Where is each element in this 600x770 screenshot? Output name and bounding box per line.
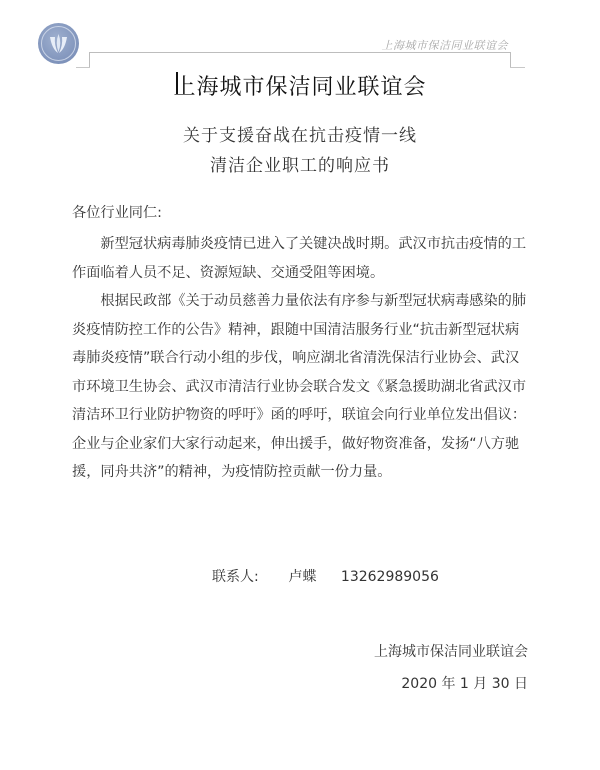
- contact-line: 联系人: 卢蝶 13262989056: [212, 566, 439, 586]
- contact-name: 卢蝶: [288, 566, 336, 586]
- document-subtitle-line2: 清洁企业职工的响应书: [0, 151, 600, 176]
- greeting: 各位行业同仁:: [72, 199, 527, 228]
- logo-leaf-icon: [38, 23, 79, 64]
- signature-date: 2020 年 1 月 30 日: [401, 673, 528, 693]
- header-org-name: 上海城市保洁同业联谊会: [382, 37, 509, 53]
- contact-label: 联系人:: [212, 566, 284, 586]
- header-rule-left-hook: [89, 52, 90, 68]
- contact-phone: 13262989056: [341, 569, 439, 585]
- header-rule-right-hook: [510, 52, 511, 68]
- paragraph-2: 根据民政部《关于动员慈善力量依法有序参与新型冠状病毒感染的肺炎疫情防控工作的公告…: [72, 287, 527, 487]
- signature-org: 上海城市保洁同业联谊会: [374, 641, 528, 661]
- header-rule-right-tail: [510, 67, 525, 68]
- association-logo-icon: [38, 23, 79, 64]
- document-subtitle-line1: 关于支援奋战在抗击疫情一线: [0, 121, 600, 146]
- document-org-title: 上海城市保洁同业联谊会: [0, 70, 600, 101]
- header-rule-left-tail: [76, 67, 90, 68]
- paragraph-1: 新型冠状病毒肺炎疫情已进入了关键决战时期。武汉市抗击疫情的工作面临着人员不足、资…: [72, 230, 527, 287]
